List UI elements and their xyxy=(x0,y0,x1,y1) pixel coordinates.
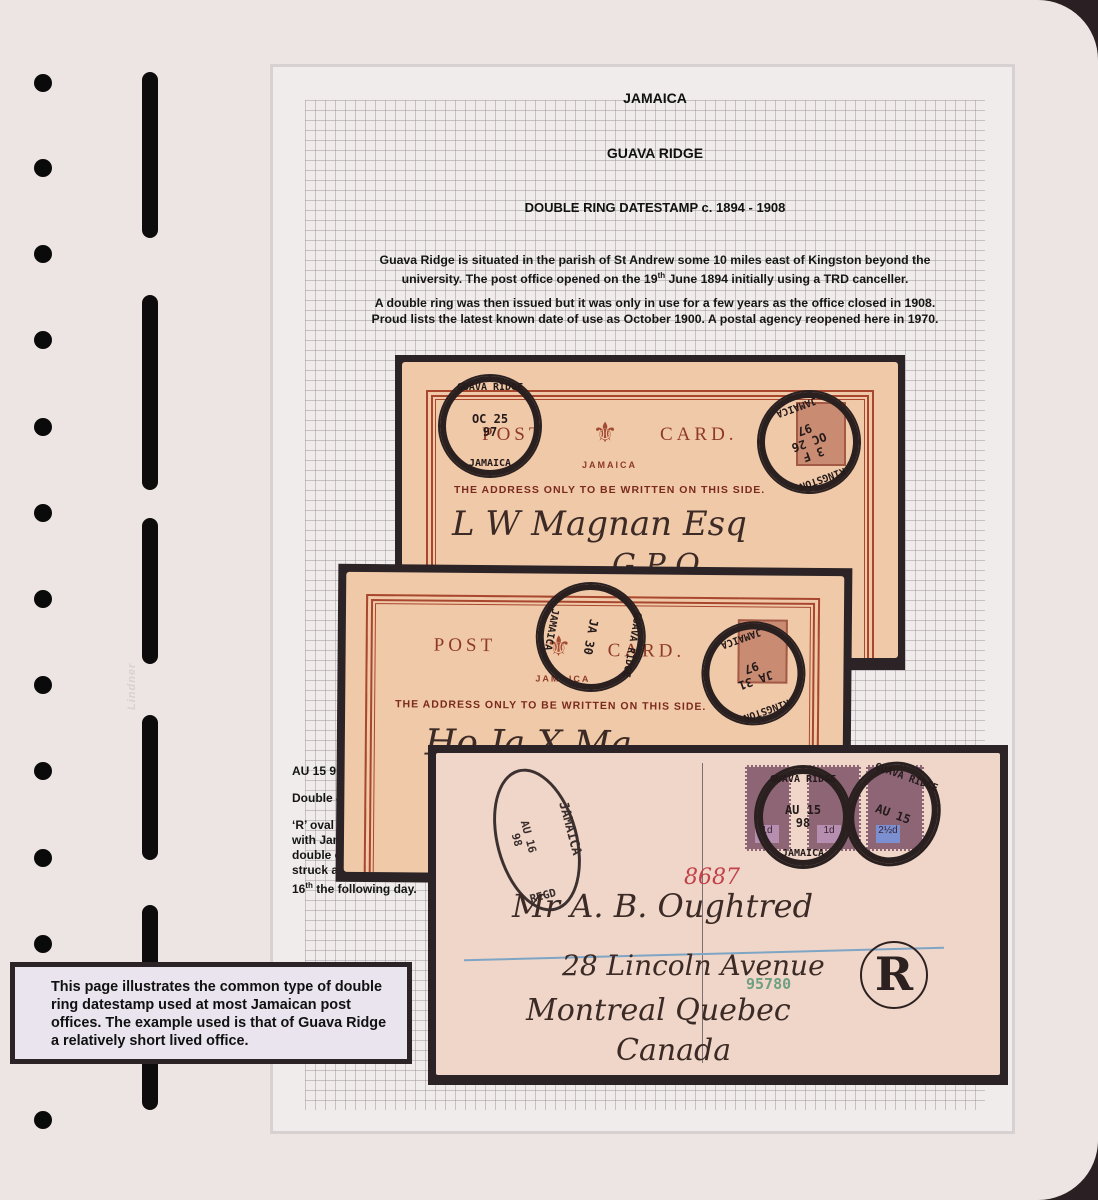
binder-hole xyxy=(34,159,52,177)
binder-hole xyxy=(34,245,52,263)
cover-address-line-1: Mr A. B. Oughtred xyxy=(512,887,813,925)
binder-hole xyxy=(34,331,52,349)
section-title: DOUBLE RING DATESTAMP c. 1894 - 1908 xyxy=(270,200,1040,215)
card-country: JAMAICA xyxy=(582,460,637,470)
postmark-guava-ridge: GUAVA RIDGE OC 2597 JAMAICA xyxy=(438,374,542,478)
intro-paragraph-2: A double ring was then issued but it was… xyxy=(310,295,1000,327)
caption-text: This page illustrates the common type of… xyxy=(15,967,407,1059)
binder-slot xyxy=(142,715,158,860)
binder-hole xyxy=(34,849,52,867)
watermark-text: Lindner xyxy=(126,510,146,710)
binder-hole xyxy=(34,74,52,92)
album-page: Lindner JAMAICA GUAVA RIDGE DOUBLE RING … xyxy=(0,0,1098,1200)
page-title: JAMAICA xyxy=(270,90,1040,106)
binder-hole xyxy=(34,590,52,608)
registered-cover: JAMAICA AU 16 98 REGD 1d 1d 2½d GUAVA RI… xyxy=(436,753,1000,1075)
binder-hole xyxy=(34,676,52,694)
binder-hole xyxy=(34,1111,52,1129)
card-title-right: CARD. xyxy=(660,424,738,446)
card-title-left: POST xyxy=(434,635,497,658)
intro-line: A double ring was then issued but it was… xyxy=(310,295,1000,311)
page-subtitle: GUAVA RIDGE xyxy=(270,145,1040,161)
coat-of-arms-icon: ⚜ xyxy=(582,416,628,450)
cover-address-line-4: Canada xyxy=(616,1033,731,1068)
card-address-line-1: L W Magnan Esq xyxy=(452,504,747,544)
intro-line: Proud lists the latest known date of use… xyxy=(310,311,1000,327)
intro-line: university. The post office opened on th… xyxy=(310,268,1000,287)
intro-paragraph-1: Guava Ridge is situated in the parish of… xyxy=(310,252,1000,287)
binder-hole xyxy=(34,762,52,780)
card-instruction: THE ADDRESS ONLY TO BE WRITTEN ON THIS S… xyxy=(454,484,765,496)
binder-hole xyxy=(34,935,52,953)
cover-address-line-3: Montreal Quebec xyxy=(526,993,791,1028)
intro-line: Guava Ridge is situated in the parish of… xyxy=(310,252,1000,268)
caption-box: This page illustrates the common type of… xyxy=(10,962,412,1064)
binder-hole xyxy=(34,504,52,522)
registration-number: 95780 xyxy=(746,975,791,993)
postmark-guava-ridge: GUAVA RIDGE AU 1598 JAMAICA xyxy=(754,765,852,869)
binder-hole xyxy=(34,418,52,436)
binder-slot xyxy=(142,295,158,490)
binder-slot xyxy=(142,72,158,238)
r-handstamp: R xyxy=(860,941,928,1009)
